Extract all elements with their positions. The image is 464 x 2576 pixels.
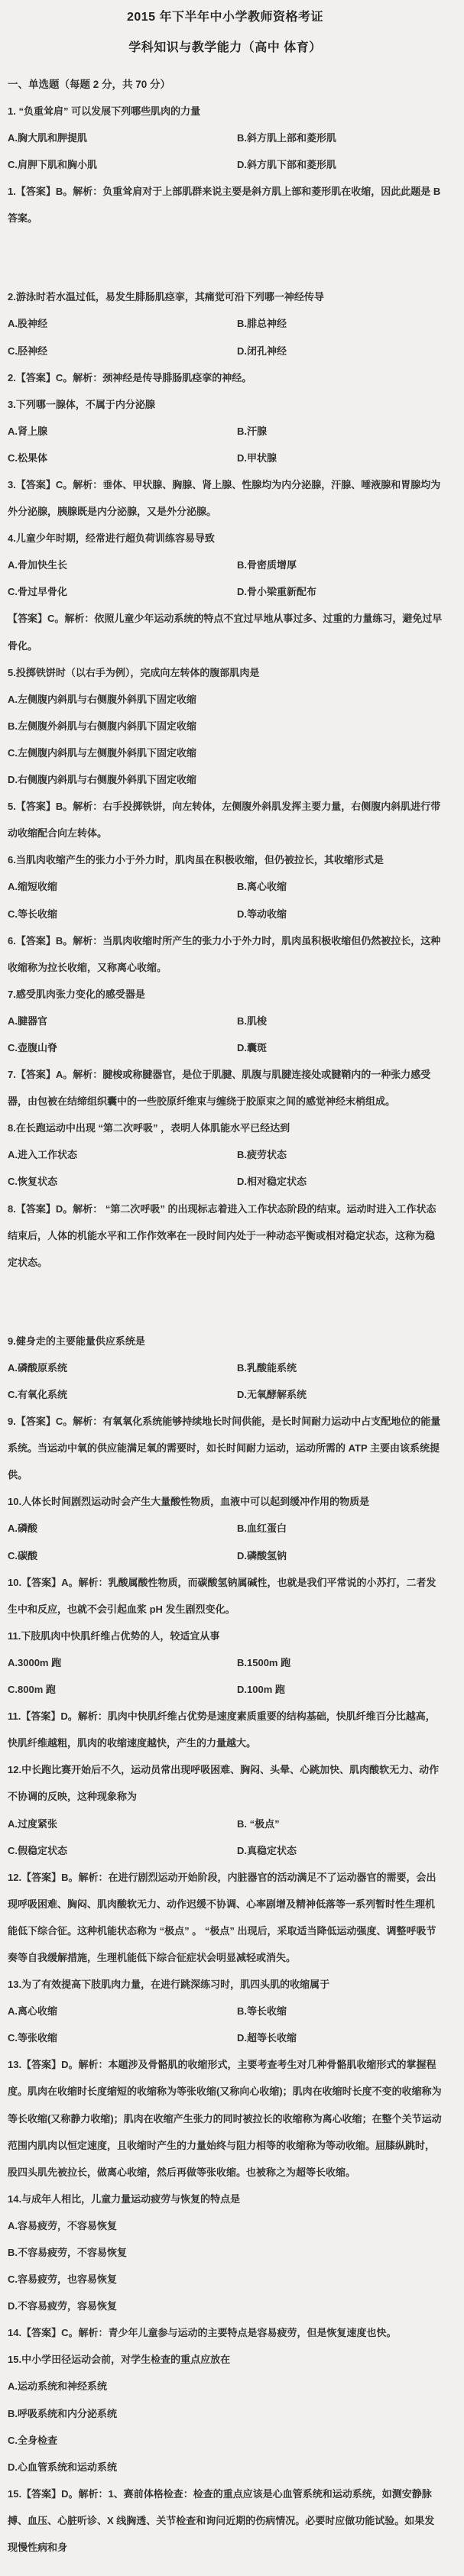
question-stem: 8.在长跑运动中出现 “第二次呼吸” ，表明人体肌能水平已经达到 <box>8 1115 443 1141</box>
options-row: A.进入工作状态B.疲劳状态 <box>8 1141 443 1168</box>
option-d: D.骨小梁重新配布 <box>237 578 443 605</box>
question-4: 4.儿童少年时期，经常进行超负荷训练容易导致A.骨加快生长B.骨密质增厚C.骨过… <box>8 525 443 659</box>
options-row: A.过度紧张B. “极点” <box>8 1811 443 1837</box>
answer-explanation: 6.【答案】B。解析：当肌肉收缩时所产生的张力小于外力时，肌肉虽积极收缩但仍然被… <box>8 927 443 981</box>
option-a: A.磷酸原系统 <box>8 1354 237 1381</box>
answer-explanation: 10.【答案】A。解析：乳酸属酸性物质，而碳酸氢钠属碱性，也就是我们平常说的小苏… <box>8 1569 443 1623</box>
options-row: C.恢复状态D.相对稳定状态 <box>8 1168 443 1195</box>
option-c: C.等长收缩 <box>8 901 237 927</box>
exam-title-line2: 学科知识与教学能力（高中 体育） <box>8 40 443 57</box>
option-b: B.等长收缩 <box>237 1998 443 2024</box>
options-row: A.磷酸B.血红蛋白 <box>8 1515 443 1542</box>
question-stem: 12.中长跑比赛开始后不久，运动员常出现呼吸困难、胸闷、头晕、心跳加快、肌肉酸软… <box>8 1756 443 1810</box>
options-row: A.磷酸原系统B.乳酸能系统 <box>8 1354 443 1381</box>
option-a: A.磷酸 <box>8 1515 237 1542</box>
option-d: D.相对稳定状态 <box>237 1168 443 1195</box>
answer-explanation: 3.【答案】C。解析：垂体、甲状腺、胸腺、肾上腺、性腺均为内分泌腺，汗腺、唾液腺… <box>8 471 443 525</box>
option-b: B.左侧腹外斜肌与右侧腹内斜肌下固定收缩 <box>8 713 443 739</box>
answer-explanation: 14.【答案】C。解析：青少年儿童参与运动的主要特点是容易疲劳，但是恢复速度也快… <box>8 2319 443 2346</box>
options-row: A.胸大肌和胛提肌B.斜方肌上部和菱形肌 <box>8 125 443 151</box>
options-row: A.股神经B.腓总神经 <box>8 310 443 337</box>
option-c: C.左侧腹内斜肌与左侧腹外斜肌下固定收缩 <box>8 739 443 766</box>
answer-explanation: 15.【答案】D。解析：1、赛前体格检查：检查的重点应该是心血管系统和运动系统，… <box>8 2481 443 2561</box>
exam-document-page: 2015 年下半年中小学教师资格考证 学科知识与教学能力（高中 体育） 一、单选… <box>0 0 464 2576</box>
option-a: A.腱器官 <box>8 1008 237 1034</box>
question-3: 3.下列哪一腺体，不属于内分泌腺A.肾上腺B.汗腺C.松果体D.甲状腺3.【答案… <box>8 391 443 525</box>
option-a: A.进入工作状态 <box>8 1141 237 1168</box>
options-row: C.碳酸D.磷酸氢钠 <box>8 1542 443 1569</box>
question-1: 1. “负重耸肩” 可以发展下列哪些肌肉的力量A.胸大肌和胛提肌B.斜方肌上部和… <box>8 98 443 231</box>
question-10: 10.人体长时间剧烈运动时会产生大量酸性物质，血液中可以起到缓冲作用的物质是A.… <box>8 1488 443 1622</box>
option-a: A.左侧腹内斜肌与右侧腹外斜肌下固定收缩 <box>8 686 443 713</box>
question-stem: 15.中小学田径运动会前，对学生检查的重点应放在 <box>8 2346 443 2373</box>
option-d: D.闭孔神经 <box>237 338 443 364</box>
answer-explanation: 1.【答案】B。解析：负重耸肩对于上部肌群来说主要是斜方肌上部和菱形肌在收缩，因… <box>8 178 443 231</box>
option-b: B.汗腺 <box>237 418 443 445</box>
option-a: A.缩短收缩 <box>8 873 237 900</box>
option-d: D.100m 跑 <box>237 1676 443 1703</box>
question-2: 2.游泳时若水温过低，易发生腓肠肌痉挛，其痛觉可沿下列哪一神经传导A.股神经B.… <box>8 283 443 390</box>
options-row: C.有氧化系统D.无氧酵解系统 <box>8 1381 443 1408</box>
option-c: C.容易疲劳，也容易恢复 <box>8 2266 443 2293</box>
options-row: C.等长收缩D.等动收缩 <box>8 901 443 927</box>
option-c: C.等张收缩 <box>8 2024 237 2051</box>
option-c: C.肩胛下肌和胸小肌 <box>8 151 237 178</box>
option-d: D.无氧酵解系统 <box>237 1381 443 1408</box>
option-a: A.肾上腺 <box>8 418 237 445</box>
options-row: A.缩短收缩B.离心收缩 <box>8 873 443 900</box>
option-b: B.呼吸系统和内分泌系统 <box>8 2400 443 2427</box>
option-a: A.离心收缩 <box>8 1998 237 2024</box>
option-b: B.乳酸能系统 <box>237 1354 443 1381</box>
option-b: B.肌梭 <box>237 1008 443 1034</box>
option-a: A.容易疲劳，不容易恢复 <box>8 2212 443 2239</box>
question-14: 14.与成年人相比，儿童力量运动疲劳与恢复的特点是A.容易疲劳，不容易恢复B.不… <box>8 2186 443 2347</box>
option-c: C.碳酸 <box>8 1542 237 1569</box>
question-6: 6.当肌肉收缩产生的张力小于外力时，肌肉虽在积极收缩，但仍被拉长，其收缩形式是A… <box>8 846 443 980</box>
exam-title-line1: 2015 年下半年中小学教师资格考证 <box>8 9 443 26</box>
answer-explanation: 12.【答案】B。解析：在进行剧烈运动开始阶段，内脏器官的活动满足不了运动器官的… <box>8 1864 443 1971</box>
answer-explanation: 9.【答案】C。解析：有氧氧化系统能够持续地长时间供能，是长时间耐力运动中占支配… <box>8 1408 443 1488</box>
question-15: 15.中小学田径运动会前，对学生检查的重点应放在A.运动系统和神经系统B.呼吸系… <box>8 2346 443 2561</box>
question-stem: 5.投掷铁饼时（以右手为例），完成向左转体的腹部肌肉是 <box>8 659 443 686</box>
option-d: D.超等长收缩 <box>237 2024 443 2051</box>
option-a: A.胸大肌和胛提肌 <box>8 125 237 151</box>
option-c: C.全身检查 <box>8 2427 443 2454</box>
options-row: A.肾上腺B.汗腺 <box>8 418 443 445</box>
option-d: D.囊斑 <box>237 1034 443 1061</box>
question-stem: 14.与成年人相比，儿童力量运动疲劳与恢复的特点是 <box>8 2186 443 2212</box>
question-stem: 6.当肌肉收缩产生的张力小于外力时，肌肉虽在积极收缩，但仍被拉长，其收缩形式是 <box>8 846 443 873</box>
answer-explanation: 13.【答案】D。解析：本题涉及骨骼肌的收缩形式，主要考查考生对几种骨骼肌收缩形… <box>8 2051 443 2185</box>
option-c: C.恢复状态 <box>8 1168 237 1195</box>
answer-explanation: 【答案】C。解析：依照儿童少年运动系统的特点不宜过早地从事过多、过重的力量练习，… <box>8 605 443 659</box>
question-11: 11.下肢肌肉中快肌纤维占优势的人，较适宜从事A.3000m 跑B.1500m … <box>8 1623 443 1756</box>
question-stem: 1. “负重耸肩” 可以发展下列哪些肌肉的力量 <box>8 98 443 125</box>
option-d: D.心血管系统和运动系统 <box>8 2454 443 2481</box>
question-8: 8.在长跑运动中出现 “第二次呼吸” ，表明人体肌能水平已经达到A.进入工作状态… <box>8 1115 443 1276</box>
options-row: C.肩胛下肌和胸小肌D.斜方肌下部和菱形肌 <box>8 151 443 178</box>
options-row: C.800m 跑D.100m 跑 <box>8 1676 443 1703</box>
answer-explanation: 2.【答案】C。解析：颈神经是传导腓肠肌痉挛的神经。 <box>8 364 443 391</box>
question-stem: 4.儿童少年时期，经常进行超负荷训练容易导致 <box>8 525 443 552</box>
question-12: 12.中长跑比赛开始后不久，运动员常出现呼吸困难、胸闷、头晕、心跳加快、肌肉酸软… <box>8 1756 443 1971</box>
options-row: A.腱器官B.肌梭 <box>8 1008 443 1034</box>
option-b: B.疲劳状态 <box>237 1141 443 1168</box>
option-b: B. “极点” <box>237 1811 443 1837</box>
options-row: C.胫神经D.闭孔神经 <box>8 338 443 364</box>
options-row: A.离心收缩B.等长收缩 <box>8 1998 443 2024</box>
option-a: A.过度紧张 <box>8 1811 237 1837</box>
option-b: B.离心收缩 <box>237 873 443 900</box>
option-c: C.假稳定状态 <box>8 1837 237 1864</box>
option-b: B.斜方肌上部和菱形肌 <box>237 125 443 151</box>
answer-explanation: 7.【答案】A。解析：腱梭或称腱器官，是位于肌腱、肌腹与肌腱连接处或腱鞘内的一种… <box>8 1061 443 1115</box>
option-b: B.不容易疲劳，不容易恢复 <box>8 2239 443 2266</box>
questions: 1. “负重耸肩” 可以发展下列哪些肌肉的力量A.胸大肌和胛提肌B.斜方肌上部和… <box>8 98 443 2561</box>
option-b: B.血红蛋白 <box>237 1515 443 1542</box>
document-header: 2015 年下半年中小学教师资格考证 学科知识与教学能力（高中 体育） <box>8 9 443 57</box>
question-7: 7.感受肌肉张力变化的感受器是A.腱器官B.肌梭C.壶腹山脊D.囊斑7.【答案】… <box>8 981 443 1115</box>
options-row: C.松果体D.甲状腺 <box>8 445 443 471</box>
option-d: D.磷酸氢钠 <box>237 1542 443 1569</box>
question-5: 5.投掷铁饼时（以右手为例），完成向左转体的腹部肌肉是A.左侧腹内斜肌与右侧腹外… <box>8 659 443 847</box>
question-13: 13.为了有效提高下肢肌肉力量，在进行跳深练习时，肌四头肌的收缩属于A.离心收缩… <box>8 1971 443 2186</box>
options-row: C.骨过早骨化D.骨小梁重新配布 <box>8 578 443 605</box>
option-c: C.800m 跑 <box>8 1676 237 1703</box>
option-d: D.等动收缩 <box>237 901 443 927</box>
option-b: B.骨密质增厚 <box>237 552 443 578</box>
option-c: C.松果体 <box>8 445 237 471</box>
question-stem: 10.人体长时间剧烈运动时会产生大量酸性物质，血液中可以起到缓冲作用的物质是 <box>8 1488 443 1515</box>
question-9: 9.健身走的主要能量供应系统是A.磷酸原系统B.乳酸能系统C.有氧化系统D.无氧… <box>8 1328 443 1489</box>
answer-explanation: 8.【答案】D。解析： “第二次呼吸” 的出现标志着进入工作状态阶段的结束。运动… <box>8 1196 443 1276</box>
question-stem: 2.游泳时若水温过低，易发生腓肠肌痉挛，其痛觉可沿下列哪一神经传导 <box>8 283 443 310</box>
option-d: D.不容易疲劳，容易恢复 <box>8 2293 443 2319</box>
option-a: A.股神经 <box>8 310 237 337</box>
answer-explanation: 5.【答案】B。解析：右手投掷铁饼，向左转体，左侧腹外斜肌发挥主要力量，右侧腹内… <box>8 793 443 846</box>
option-c: C.壶腹山脊 <box>8 1034 237 1061</box>
question-stem: 11.下肢肌肉中快肌纤维占优势的人，较适宜从事 <box>8 1623 443 1649</box>
option-c: C.骨过早骨化 <box>8 578 237 605</box>
section-heading-single-choice: 一、单选题（每题 2 分，共 70 分） <box>8 71 443 98</box>
option-d: D.右侧腹内斜肌与右侧腹外斜肌下固定收缩 <box>8 766 443 793</box>
options-row: C.假稳定状态D.真稳定状态 <box>8 1837 443 1864</box>
question-stem: 13.为了有效提高下肢肌肉力量，在进行跳深练习时，肌四头肌的收缩属于 <box>8 1971 443 1998</box>
option-a: A.3000m 跑 <box>8 1649 237 1676</box>
option-c: C.有氧化系统 <box>8 1381 237 1408</box>
options-row: C.壶腹山脊D.囊斑 <box>8 1034 443 1061</box>
option-d: D.斜方肌下部和菱形肌 <box>237 151 443 178</box>
spacer <box>8 1276 443 1328</box>
spacer <box>8 231 443 283</box>
option-d: D.甲状腺 <box>237 445 443 471</box>
option-b: B.1500m 跑 <box>237 1649 443 1676</box>
answer-explanation: 11.【答案】D。解析：肌肉中快肌纤维占优势是速度素质重要的结构基础，快肌纤维百… <box>8 1703 443 1756</box>
question-stem: 9.健身走的主要能量供应系统是 <box>8 1328 443 1354</box>
option-d: D.真稳定状态 <box>237 1837 443 1864</box>
question-stem: 7.感受肌肉张力变化的感受器是 <box>8 981 443 1008</box>
option-c: C.胫神经 <box>8 338 237 364</box>
option-a: A.运动系统和神经系统 <box>8 2373 443 2400</box>
options-row: C.等张收缩D.超等长收缩 <box>8 2024 443 2051</box>
options-row: A.3000m 跑B.1500m 跑 <box>8 1649 443 1676</box>
question-stem: 3.下列哪一腺体，不属于内分泌腺 <box>8 391 443 418</box>
option-b: B.腓总神经 <box>237 310 443 337</box>
option-a: A.骨加快生长 <box>8 552 237 578</box>
options-row: A.骨加快生长B.骨密质增厚 <box>8 552 443 578</box>
